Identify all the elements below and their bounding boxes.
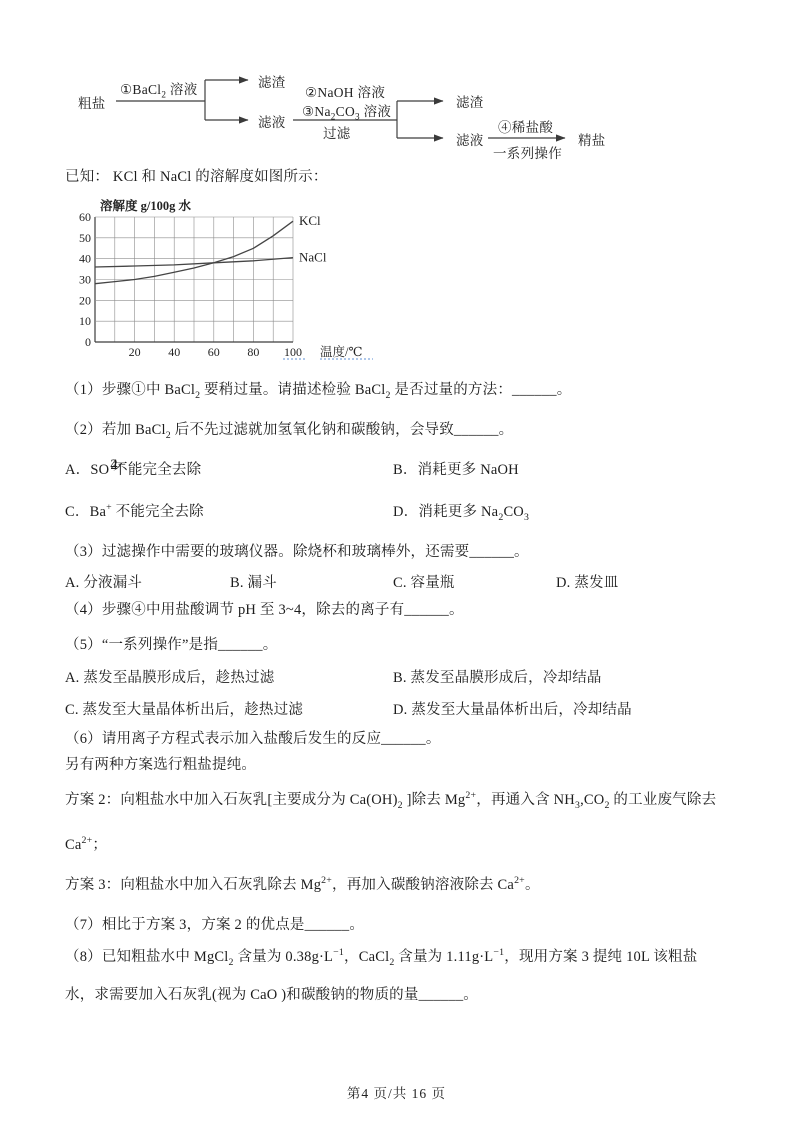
step3-na2co3-label: ③Na2CO3 溶液 — [302, 100, 391, 120]
plan3-text: 方案 3：向粗盐水中加入石灰乳除去 Mg2+，再加入碳酸钠溶液除去 Ca2+。 — [65, 876, 740, 896]
alternative-plans-note: 另有两种方案选行粗盐提纯。 — [65, 756, 740, 776]
question-6: （6）请用离子方程式表示加入盐酸后发生的反应______。 — [65, 730, 740, 750]
option-q3-c: C. 容量瓶 — [393, 571, 455, 592]
question-5-options-row-1: A. 蒸发至晶膜形成后，趁热过滤 B. 蒸发至晶膜形成后，冷却结晶 — [0, 666, 793, 690]
step2-naoh-label: ②NaOH 溶液 — [305, 81, 385, 101]
filtrate2-label: 滤液 — [456, 129, 484, 149]
question-4: （4）步骤④中用盐酸调节 pH 至 3~4，除去的离子有______。 — [65, 601, 740, 621]
question-1: （1）步骤①中 BaCl2 要稍过量。请描述检验 BaCl2 是否过量的方法：_… — [65, 381, 740, 401]
intro-text: 已知： KCl 和 NaCl 的溶解度如图所示： — [65, 168, 740, 188]
flowchart-lines — [60, 58, 740, 173]
y-tick-label: 0 — [85, 335, 91, 349]
question-8-line1: （8）已知粗盐水中 MgCl2 含量为 0.38g·L−1，CaCl2 含量为 … — [65, 948, 740, 968]
plan2-text-line1: 方案 2：向粗盐水中加入石灰乳[主要成分为 Ca(OH)2 ]除去 Mg2+，再… — [65, 791, 740, 811]
question-5: （5）“一系列操作”是指______。 — [65, 636, 740, 656]
crude-salt-label: 粗盐 — [78, 92, 106, 112]
x-tick-label: 100 — [284, 345, 302, 359]
residue1-label: 滤渣 — [258, 71, 286, 91]
series-label-NaCl: NaCl — [299, 250, 327, 265]
option-q2-a: A．SO2−4 不能完全去除 — [65, 458, 201, 479]
x-tick-label: 60 — [208, 345, 220, 359]
filtrate1-label: 滤液 — [258, 111, 286, 131]
y-tick-label: 40 — [79, 252, 91, 266]
option-q3-b: B. 漏斗 — [230, 571, 277, 592]
question-3: （3）过滤操作中需要的玻璃仪器。除烧杯和玻璃棒外，还需要______。 — [65, 543, 740, 563]
y-tick-label: 10 — [79, 314, 91, 328]
x-axis-label: 温度/℃ — [320, 344, 362, 359]
option-q3-a: A. 分液漏斗 — [65, 571, 142, 592]
option-q5-d: D. 蒸发至大量晶体析出后，冷却结晶 — [393, 698, 632, 719]
option-q5-a: A. 蒸发至晶膜形成后，趁热过滤 — [65, 666, 274, 687]
question-8-line2: 水，求需要加入石灰乳(视为 CaO )和碳酸钠的物质的量______。 — [65, 986, 740, 1006]
y-tick-label: 60 — [79, 210, 91, 224]
option-q2-b: B．消耗更多 NaOH — [393, 458, 519, 479]
plan2-text-line2: Ca2+； — [65, 836, 740, 856]
purification-flowchart: 粗盐 ①BaCl2 溶液 滤渣 滤液 ②NaOH 溶液 ③Na2CO3 溶液 过… — [60, 58, 740, 173]
y-tick-label: 30 — [79, 273, 91, 287]
y-tick-label: 20 — [79, 293, 91, 307]
solubility-chart: KClNaCl010203040506020406080100溶解度 g/100… — [72, 197, 462, 369]
refined-salt-label: 精盐 — [578, 129, 606, 149]
step1-bacl2-label: ①BaCl2 溶液 — [120, 78, 198, 98]
question-5-options-row-2: C. 蒸发至大量晶体析出后，趁热过滤 D. 蒸发至大量晶体析出后，冷却结晶 — [0, 698, 793, 722]
chart-title: 溶解度 g/100g 水 — [100, 198, 191, 213]
option-q3-d: D. 蒸发皿 — [556, 571, 618, 592]
option-q2-d: D．消耗更多 Na2CO3 — [393, 500, 529, 521]
residue2-label: 滤渣 — [456, 91, 484, 111]
step4-hcl-label: ④稀盐酸 — [498, 116, 553, 136]
x-tick-label: 40 — [168, 345, 180, 359]
option-q2-c: C．Ba+ 不能完全去除 — [65, 500, 204, 521]
x-tick-label: 20 — [129, 345, 141, 359]
x-tick-label: 80 — [247, 345, 259, 359]
page-footer: 第4 页/共 16 页 — [0, 1082, 793, 1102]
question-2-options-row-1: A．SO2−4 不能完全去除 B．消耗更多 NaOH — [0, 458, 793, 482]
filter-operation-label: 过滤 — [323, 122, 351, 142]
exam-page: 粗盐 ①BaCl2 溶液 滤渣 滤液 ②NaOH 溶液 ③Na2CO3 溶液 过… — [0, 0, 793, 1122]
series-label-KCl: KCl — [299, 213, 321, 228]
y-tick-label: 50 — [79, 231, 91, 245]
series-operations-label: 一系列操作 — [493, 142, 562, 162]
question-2: （2）若加 BaCl2 后不先过滤就加氢氧化钠和碳酸钠，会导致______。 — [65, 421, 740, 441]
option-q5-b: B. 蒸发至晶膜形成后，冷却结晶 — [393, 666, 602, 687]
question-7: （7）相比于方案 3，方案 2 的优点是______。 — [65, 916, 740, 936]
option-q5-c: C. 蒸发至大量晶体析出后，趁热过滤 — [65, 698, 303, 719]
solubility-chart-svg: KClNaCl010203040506020406080100溶解度 g/100… — [72, 197, 462, 369]
question-3-options-row: A. 分液漏斗 B. 漏斗 C. 容量瓶 D. 蒸发皿 — [0, 571, 793, 595]
question-2-options-row-2: C．Ba+ 不能完全去除 D．消耗更多 Na2CO3 — [0, 500, 793, 524]
